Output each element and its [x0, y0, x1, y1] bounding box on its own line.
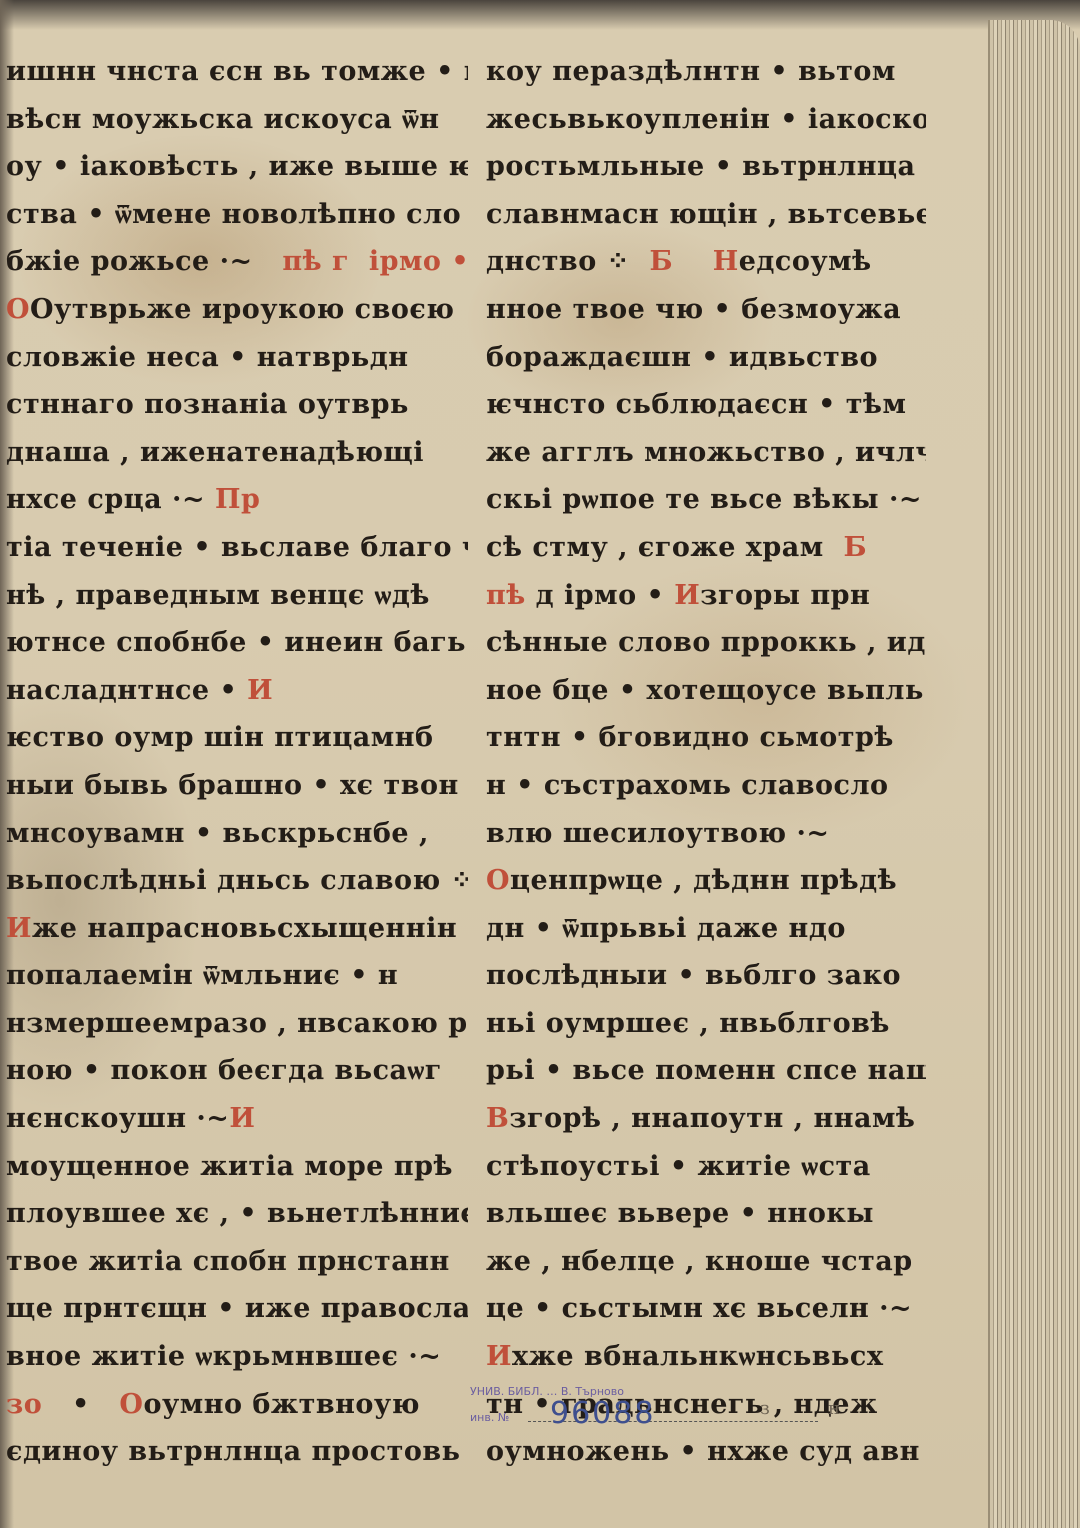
text-line: скьі рѡпое те вьсе вѣкы ·~	[486, 476, 926, 524]
text-line: же , нбелце , кноше чстар	[486, 1238, 926, 1286]
text-line: вьпослѣдньі дньсь славою ⁘	[6, 857, 468, 905]
rubric: ірмо •	[369, 246, 468, 277]
text-line: сѣ стму , єгоже храм Б	[486, 524, 926, 572]
text-line: жесьвькоупленін • іакоско	[486, 96, 926, 144]
text-line: мнсоувамн • вьскрьснбе ,	[6, 810, 468, 858]
line-text: оумно бжтвноую	[143, 1389, 419, 1420]
folio-mark: з	[760, 1398, 770, 1419]
text-line: ишнн чнста єсн вь томже • ине	[6, 48, 468, 96]
text-line: ростьмльные • вьтрнлнца	[486, 143, 926, 191]
text-line: ства • ѿмене новолѣпно сло	[6, 191, 468, 239]
text-line: нхсе срца ·~ Пр	[6, 476, 468, 524]
text-line: рьі • вьсе поменн спсе нашь ⁘	[486, 1047, 926, 1095]
line-text: нєнскоушн ·~	[6, 1103, 229, 1134]
text-line: це • сьстымн хє вьселн ·~	[486, 1285, 926, 1333]
rubric: Б	[650, 246, 674, 277]
text-line: ною • покон беєгда вьсаѡг	[6, 1047, 468, 1095]
right-text-column: коу пераздѣлнтн • вьтом жесьвькоупленін …	[486, 48, 926, 1476]
text-line: зо • Ооумно бжтвноую	[6, 1381, 468, 1429]
text-line: єдиноу вьтрнлнца простовь	[6, 1428, 468, 1476]
text-line: попалаемін ѿмльниє • н	[6, 952, 468, 1000]
rubric-initial: И	[674, 580, 700, 611]
text-line: ныи бывь брашно • хє твон	[6, 762, 468, 810]
rubric: пѣ г	[282, 246, 349, 277]
text-line: пѣ д ірмо • Изгоры прн	[486, 572, 926, 620]
left-text-column: ишнн чнста єсн вь томже • ине вѣсн моужь…	[6, 48, 468, 1476]
line-text: бжіе рожьсе ·~	[6, 246, 253, 277]
page-block-edges	[988, 20, 1080, 1528]
text-line: стннаго познаніа оутврь	[6, 381, 468, 429]
folio-mark: н	[828, 1398, 840, 1419]
line-text: ценпрѡце , дѣднн прѣдѣ	[510, 865, 897, 896]
text-line: послѣдныи • вьблго зако	[486, 952, 926, 1000]
rubric-initial: И	[6, 913, 32, 944]
text-line: нное твое чю • безмоужа	[486, 286, 926, 334]
line-text: сѣ стму , єгоже храм	[486, 532, 824, 563]
line-text: згорѣ , ннапоутн , ннамѣ	[509, 1103, 915, 1134]
line-text: •	[72, 1389, 90, 1420]
text-line: словжіе неса • натврьдн	[6, 334, 468, 382]
text-line: оу • іаковѣсть , иже выше ѥ	[6, 143, 468, 191]
text-line: ООутврьже ироукою своєю	[6, 286, 468, 334]
text-line: оумножень • нхже суд авн	[486, 1428, 926, 1476]
text-line: насладнтнсе • И	[6, 667, 468, 715]
rubric-initial: О	[6, 294, 30, 325]
rubric-initial: Пр	[215, 484, 260, 515]
text-line: бжіе рожьсе ·~ пѣ г ірмо •	[6, 238, 468, 286]
text-line: ѥчнсто сьблюдаєсн • тѣм	[486, 381, 926, 429]
text-line: нєнскоушн ·~И	[6, 1095, 468, 1143]
text-line: н • състрахомь славосло	[486, 762, 926, 810]
text-line: Оценпрѡце , дѣднн прѣдѣ	[486, 857, 926, 905]
text-line: тіа теченіе • вьславе благо чт	[6, 524, 468, 572]
line-text: хже вбнальнкѡнсьвьсх	[512, 1341, 883, 1372]
text-line: ще прнтєщн • иже правосла	[6, 1285, 468, 1333]
text-line: плоувшее хє , • вьнетлѣнниє	[6, 1190, 468, 1238]
text-line: Иже напрасновьсхыщеннін	[6, 905, 468, 953]
manuscript-scan: ишнн чнста єсн вь томже • ине вѣсн моужь…	[0, 0, 1080, 1528]
line-text: же напрасновьсхыщеннін	[32, 913, 457, 944]
text-line: вное житіе ѡкрьмнвшеє ·~	[6, 1333, 468, 1381]
text-line: вльшеє вьвере • ннокы	[486, 1190, 926, 1238]
rubric-initial: О	[486, 865, 510, 896]
top-shadow	[0, 0, 1080, 30]
text-line: влю шесилоутвою ·~	[486, 810, 926, 858]
rubric-initial: В	[486, 1103, 509, 1134]
line-text: днство ⁘	[486, 246, 630, 277]
text-line: дн • ѿпрьвьі даже ндо	[486, 905, 926, 953]
text-line: Взгорѣ , ннапоутн , ннамѣ	[486, 1095, 926, 1143]
line-text: д ірмо •	[526, 580, 665, 611]
rubric: пѣ	[486, 580, 526, 611]
text-line: ютнсе спобнбе • инеин багь	[6, 619, 468, 667]
rubric-initial: О	[119, 1389, 143, 1420]
line-text: насладнтнсе •	[6, 675, 237, 706]
text-line: сѣнные слово прроккь , идн	[486, 619, 926, 667]
text-line: ное бце • хотещоусе вьпль	[486, 667, 926, 715]
rubric-initial: И	[486, 1341, 512, 1372]
rubric-initial: Н	[713, 246, 739, 277]
text-line: коу пераздѣлнтн • вьтом	[486, 48, 926, 96]
text-line: моущенное житіа море прѣ	[6, 1143, 468, 1191]
text-line: нзмершеемразо , нвсакою ра	[6, 1000, 468, 1048]
text-line: бораждаєшн • идвьство	[486, 334, 926, 382]
text-line: днаша , иженатенадѣющі	[6, 429, 468, 477]
line-text: Оутврьже ироукою своєю	[30, 294, 454, 325]
line-text: нхсе срца ·~	[6, 484, 205, 515]
text-line: Ихже вбнальнкѡнсьвьсх	[486, 1333, 926, 1381]
text-line: славнмасн ющін , вьтсевье	[486, 191, 926, 239]
rubric-initial: И	[247, 675, 273, 706]
inventory-number: 96088	[550, 1396, 655, 1431]
text-line: же агглъ множьство , ичлч	[486, 429, 926, 477]
rubric-initial: И	[229, 1103, 255, 1134]
text-line: нѣ , праведным венцє ѡдѣ	[6, 572, 468, 620]
text-line: ѥство оумр шін птицамнб	[6, 714, 468, 762]
text-line: ньі оумршеє , нвьблговѣ	[486, 1000, 926, 1048]
rubric: Б	[844, 532, 868, 563]
rubric: зо	[6, 1389, 42, 1420]
text-line: твое житіа спобн прнстанн	[6, 1238, 468, 1286]
stamp-inventory-label: инв. №	[470, 1411, 509, 1424]
text-line: тнтн • бговидно сьмотрѣ	[486, 714, 926, 762]
text-line: днство ⁘ Б Недсоумѣ	[486, 238, 926, 286]
text-line: стѣпоустьі • житіе ѡста	[486, 1143, 926, 1191]
text-line: вѣсн моужьска искоуса ѿн	[6, 96, 468, 144]
